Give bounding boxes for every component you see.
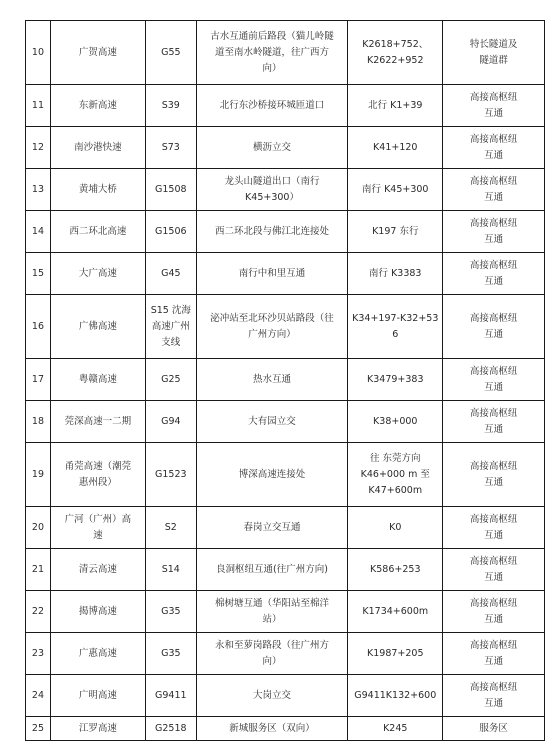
cell-stake: K3479+383	[348, 359, 443, 401]
table-row: 25 江罗高速 G2518 新城服务区（双向） K245 服务区	[26, 717, 545, 741]
cell-type: 高接高枢纽 互通	[443, 633, 545, 675]
cell-road-name: 广佛高速	[50, 295, 145, 359]
cell-location: 春岗立交互通	[196, 507, 348, 549]
highway-sections-table: 10 广贺高速 G55 古水互通前后路段（猫儿岭隧 道至南水岭隧道，往广西方 向…	[25, 20, 545, 741]
cell-location: 西二环北段与佛江北连接处	[196, 211, 348, 253]
cell-road-code: G35	[145, 633, 196, 675]
cell-road-name: 南沙港快速	[50, 127, 145, 169]
cell-type: 高接高枢纽 互通	[443, 549, 545, 591]
table-row: 20 广河（广州）高 速 S2 春岗立交互通 K0 高接高枢纽 互通	[26, 507, 545, 549]
cell-stake: K1734+600m	[348, 591, 443, 633]
cell-type: 高接高枢纽 互通	[443, 675, 545, 717]
cell-type: 服务区	[443, 717, 545, 741]
cell-location: 古水互通前后路段（猫儿岭隧 道至南水岭隧道，往广西方 向）	[196, 21, 348, 85]
cell-road-code: G9411	[145, 675, 196, 717]
cell-road-name: 粤赣高速	[50, 359, 145, 401]
cell-no: 15	[26, 253, 51, 295]
cell-type: 高接高枢纽 互通	[443, 443, 545, 507]
cell-road-name: 江罗高速	[50, 717, 145, 741]
cell-road-code: G94	[145, 401, 196, 443]
table-row: 21 清云高速 S14 良洞枢纽互通(往广州方向) K586+253 高接高枢纽…	[26, 549, 545, 591]
cell-road-code: G35	[145, 591, 196, 633]
cell-location: 北行东沙桥接环城匝道口	[196, 85, 348, 127]
cell-road-name: 甬莞高速（潮莞 惠州段）	[50, 443, 145, 507]
cell-no: 19	[26, 443, 51, 507]
cell-location: 良洞枢纽互通(往广州方向)	[196, 549, 348, 591]
cell-no: 22	[26, 591, 51, 633]
cell-stake: 往 东莞方向 K46+000 m 至 K47+600m	[348, 443, 443, 507]
table-row: 24 广明高速 G9411 大岗立交 G9411K132+600 高接高枢纽 互…	[26, 675, 545, 717]
cell-type: 特长隧道及 隧道群	[443, 21, 545, 85]
cell-no: 16	[26, 295, 51, 359]
cell-no: 14	[26, 211, 51, 253]
table-row: 18 莞深高速一二期 G94 大有园立交 K38+000 高接高枢纽 互通	[26, 401, 545, 443]
cell-type: 高接高枢纽 互通	[443, 211, 545, 253]
cell-stake: K245	[348, 717, 443, 741]
cell-no: 11	[26, 85, 51, 127]
cell-location: 南行中和里互通	[196, 253, 348, 295]
table-row: 10 广贺高速 G55 古水互通前后路段（猫儿岭隧 道至南水岭隧道，往广西方 向…	[26, 21, 545, 85]
cell-road-name: 广明高速	[50, 675, 145, 717]
cell-no: 24	[26, 675, 51, 717]
cell-stake: K2618+752、 K2622+952	[348, 21, 443, 85]
cell-location: 龙头山隧道出口（南行 K45+300）	[196, 169, 348, 211]
cell-type: 高接高枢纽 互通	[443, 85, 545, 127]
table-row: 14 西二环北高速 G1506 西二环北段与佛江北连接处 K197 东行 高接高…	[26, 211, 545, 253]
table-row: 17 粤赣高速 G25 热水互通 K3479+383 高接高枢纽 互通	[26, 359, 545, 401]
cell-road-code: S73	[145, 127, 196, 169]
cell-no: 17	[26, 359, 51, 401]
cell-stake: 南行 K45+300	[348, 169, 443, 211]
cell-road-code: G45	[145, 253, 196, 295]
cell-no: 13	[26, 169, 51, 211]
cell-road-name: 广惠高速	[50, 633, 145, 675]
cell-no: 25	[26, 717, 51, 741]
cell-road-code: G1508	[145, 169, 196, 211]
cell-stake: K197 东行	[348, 211, 443, 253]
table-row: 19 甬莞高速（潮莞 惠州段） G1523 博深高速连接处 往 东莞方向 K46…	[26, 443, 545, 507]
table-row: 11 东新高速 S39 北行东沙桥接环城匝道口 北行 K1+39 高接高枢纽 互…	[26, 85, 545, 127]
cell-road-name: 莞深高速一二期	[50, 401, 145, 443]
cell-type: 高接高枢纽 互通	[443, 127, 545, 169]
cell-location: 横沥立交	[196, 127, 348, 169]
cell-stake: 南行 K3383	[348, 253, 443, 295]
table-row: 16 广佛高速 S15 沈海 高速广州 支线 泌冲站至北环沙贝站路段（往 广州方…	[26, 295, 545, 359]
cell-location: 博深高速连接处	[196, 443, 348, 507]
document-page: 10 广贺高速 G55 古水互通前后路段（猫儿岭隧 道至南水岭隧道，往广西方 向…	[0, 0, 552, 745]
cell-road-code: S14	[145, 549, 196, 591]
cell-type: 高接高枢纽 互通	[443, 591, 545, 633]
cell-location: 永和至萝岗路段（往广州方 向）	[196, 633, 348, 675]
cell-road-name: 东新高速	[50, 85, 145, 127]
cell-type: 高接高枢纽 互通	[443, 401, 545, 443]
cell-type: 高接高枢纽 互通	[443, 507, 545, 549]
cell-location: 大岗立交	[196, 675, 348, 717]
table-row: 23 广惠高速 G35 永和至萝岗路段（往广州方 向） K1987+205 高接…	[26, 633, 545, 675]
cell-location: 大有园立交	[196, 401, 348, 443]
cell-road-code: S39	[145, 85, 196, 127]
cell-location: 新城服务区（双向）	[196, 717, 348, 741]
cell-no: 20	[26, 507, 51, 549]
table-row: 13 黄埔大桥 G1508 龙头山隧道出口（南行 K45+300） 南行 K45…	[26, 169, 545, 211]
cell-type: 高接高枢纽 互通	[443, 359, 545, 401]
cell-road-code: G1506	[145, 211, 196, 253]
cell-no: 12	[26, 127, 51, 169]
cell-road-name: 黄埔大桥	[50, 169, 145, 211]
cell-road-name: 清云高速	[50, 549, 145, 591]
cell-type: 高接高枢纽 互通	[443, 295, 545, 359]
cell-type: 高接高枢纽 互通	[443, 253, 545, 295]
cell-stake: K0	[348, 507, 443, 549]
cell-road-name: 广贺高速	[50, 21, 145, 85]
cell-stake: K41+120	[348, 127, 443, 169]
cell-no: 23	[26, 633, 51, 675]
cell-type: 高接高枢纽 互通	[443, 169, 545, 211]
cell-stake: K38+000	[348, 401, 443, 443]
cell-road-name: 西二环北高速	[50, 211, 145, 253]
cell-no: 10	[26, 21, 51, 85]
cell-road-name: 大广高速	[50, 253, 145, 295]
cell-road-code: G1523	[145, 443, 196, 507]
cell-stake: G9411K132+600	[348, 675, 443, 717]
cell-no: 21	[26, 549, 51, 591]
cell-road-name: 广河（广州）高 速	[50, 507, 145, 549]
cell-road-code: G2518	[145, 717, 196, 741]
cell-stake: K586+253	[348, 549, 443, 591]
table-row: 22 揭博高速 G35 棉树塘互通（华阳站至棉洋 站） K1734+600m 高…	[26, 591, 545, 633]
table-row: 15 大广高速 G45 南行中和里互通 南行 K3383 高接高枢纽 互通	[26, 253, 545, 295]
cell-location: 棉树塘互通（华阳站至棉洋 站）	[196, 591, 348, 633]
cell-location: 泌冲站至北环沙贝站路段（往 广州方向）	[196, 295, 348, 359]
cell-road-code: G55	[145, 21, 196, 85]
cell-no: 18	[26, 401, 51, 443]
cell-stake: 北行 K1+39	[348, 85, 443, 127]
cell-stake: K1987+205	[348, 633, 443, 675]
cell-road-code: S2	[145, 507, 196, 549]
cell-road-code: G25	[145, 359, 196, 401]
cell-road-name: 揭博高速	[50, 591, 145, 633]
cell-road-code: S15 沈海 高速广州 支线	[145, 295, 196, 359]
cell-location: 热水互通	[196, 359, 348, 401]
cell-stake: K34+197-K32+536	[348, 295, 443, 359]
table-row: 12 南沙港快速 S73 横沥立交 K41+120 高接高枢纽 互通	[26, 127, 545, 169]
